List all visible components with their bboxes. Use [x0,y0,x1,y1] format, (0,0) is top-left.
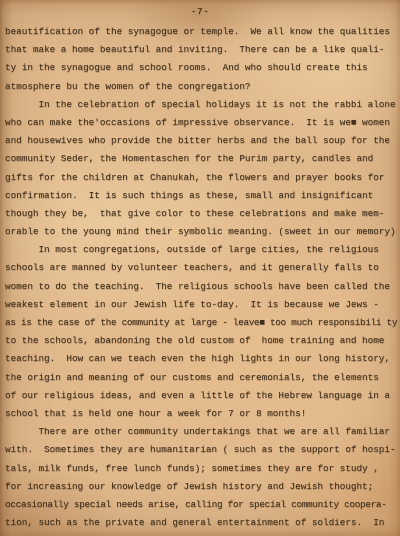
text-line: weakest element in our Jewish life to-da… [5,296,399,314]
text-line: the origin and meaning of our customs an… [5,369,399,387]
text-line: beautification of the synagogue or templ… [5,23,399,41]
text-line: schools are manned by volunteer teachers… [5,259,399,277]
page-body: beautification of the synagogue or templ… [5,23,399,532]
text-line: orable to the young mind their symbolic … [5,223,399,241]
text-line: occasionally special needs arise, callin… [5,496,399,514]
text-line: In the celebration of special holidays i… [5,96,399,114]
text-line: community Seder, the Homentaschen for th… [5,150,399,168]
text-line: that make a home beautiful and inviting.… [5,41,399,59]
text-line: In most congregations, outside of large … [5,241,399,259]
document-page: -7- beautification of the synagogue or t… [0,0,400,536]
text-line: tion, such as the private and general en… [5,514,399,532]
text-line: for increasing our knowledge of Jewish h… [5,478,399,496]
text-line: gifts for the children at Chanukah, the … [5,169,399,187]
text-line: tals, milk funds, free lunch funds); som… [5,460,399,478]
text-line: school that is held one hour a week for … [5,405,399,423]
text-line: There are other community undertakings t… [5,423,399,441]
text-line: atmosphere bu the women of the congregat… [5,78,399,96]
text-line: confirmation. It is such things as these… [5,187,399,205]
text-line: ty in the synagogue and school rooms. An… [5,59,399,77]
text-line: though they be, that give color to these… [5,205,399,223]
page-number: -7- [0,6,400,18]
text-line: as is the case of the community at large… [5,314,399,332]
text-line: teaching. How can we teach even the high… [5,350,399,368]
text-line: who can make the'occasions of impressive… [5,114,399,132]
text-line: with. Sometimes they are humanitarian ( … [5,441,399,459]
text-line: women to do the teaching. The religious … [5,278,399,296]
text-line: to the schools, abandoning the old custo… [5,332,399,350]
text-line: of our religious ideas, and even a littl… [5,387,399,405]
text-line: and housewives who provide the bitter he… [5,132,399,150]
